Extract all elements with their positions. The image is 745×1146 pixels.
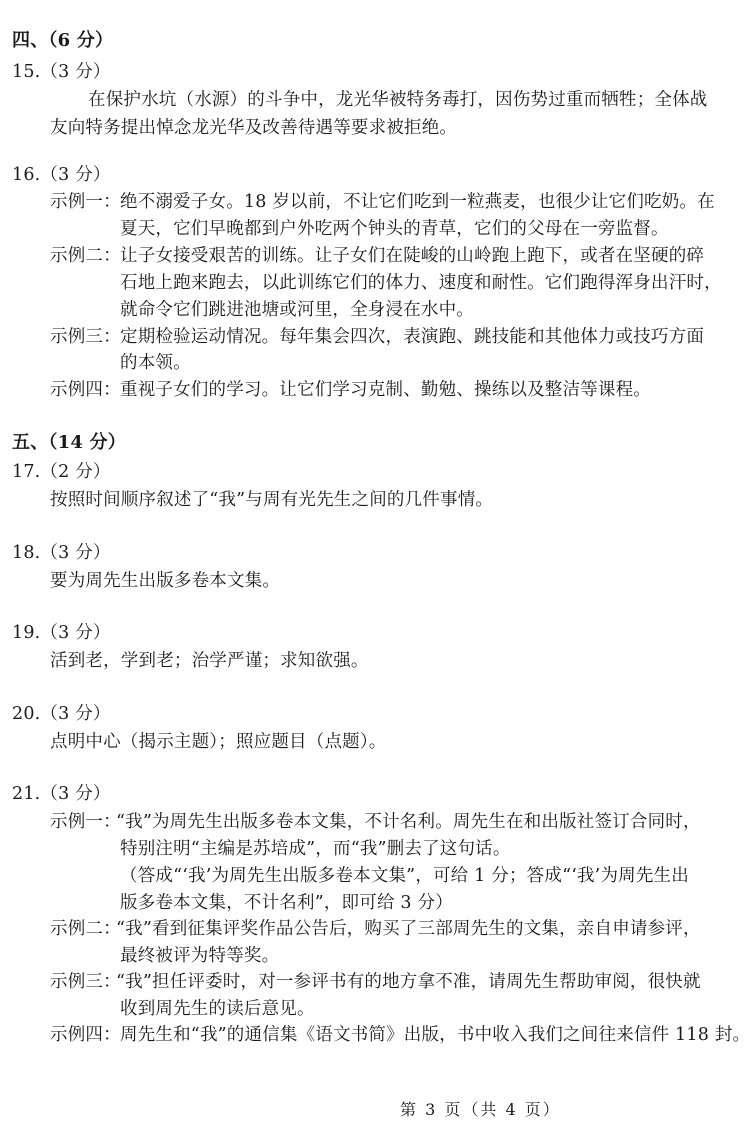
- question-16-example-4-line-1: 重视子女们的学习。让它们学习克制、勤勉、操练以及整洁等课程。: [120, 379, 651, 401]
- question-18-answer: 要为周先生出版多卷本文集。: [50, 570, 280, 592]
- question-21-example-1-line-2: 特别注明“主编是苏培成”，而“我”删去了这句话。: [120, 838, 511, 860]
- question-16-example-1-label: 示例一：: [50, 191, 121, 213]
- question-21-example-1-label: 示例一：: [50, 811, 121, 833]
- question-16-number: 16.（3 分）: [12, 164, 111, 186]
- question-16-example-2-line-1: 让子女接受艰苦的训练。让子女们在陡峻的山岭跑上跑下，或者在坚硬的碎: [120, 245, 704, 267]
- question-21-example-3-label: 示例三：: [50, 971, 121, 993]
- question-21-example-2-label: 示例二：: [50, 918, 121, 940]
- question-21-example-3-line-2: 收到周先生的读后意见。: [120, 998, 315, 1020]
- question-21-scoring-note-line-2: 版多卷本文集，不计名利”，即可给 3 分）: [120, 892, 453, 914]
- question-19-answer: 活到老，学到老；治学严谨；求知欲强。: [50, 650, 369, 672]
- question-21-example-4-label: 示例四：: [50, 1024, 121, 1046]
- section-heading-5: 五、（14 分）: [12, 432, 126, 454]
- question-19-number: 19.（3 分）: [12, 622, 111, 644]
- question-15-answer-line-2: 友向特务提出悼念龙光华及改善待遇等要求被拒绝。: [50, 117, 457, 139]
- question-15-number: 15.（3 分）: [12, 61, 111, 83]
- question-16-example-1-line-2: 夏天，它们早晚都到户外吃两个钟头的青草，它们的父母在一旁监督。: [120, 218, 669, 240]
- question-21-example-4-line-1: 周先生和“我”的通信集《语文书简》出版，书中收入我们之间往来信件 118 封。: [120, 1024, 745, 1046]
- question-16-example-3-label: 示例三：: [50, 326, 121, 348]
- question-15-answer-line-1: 在保护水坑（水源）的斗争中，龙光华被特务毒打，因伤势过重而牺牲；全体战: [88, 89, 708, 111]
- question-17-answer: 按照时间顺序叙述了“我”与周有光先生之间的几件事情。: [50, 489, 493, 511]
- question-18-number: 18.（3 分）: [12, 542, 111, 564]
- question-16-example-3-line-2: 的本领。: [120, 352, 191, 374]
- question-21-example-2-line-1: “我”看到征集评奖作品公告后，购买了三部周先生的文集，亲自申请参评，: [116, 918, 701, 940]
- question-21-example-1-line-1: “我”为周先生出版多卷本文集，不计名利。周先生在和出版社签订合同时，: [116, 811, 701, 833]
- question-21-number: 21.（3 分）: [12, 783, 111, 805]
- question-16-example-4-label: 示例四：: [50, 379, 121, 401]
- question-20-number: 20.（3 分）: [12, 703, 111, 725]
- question-16-example-2-label: 示例二：: [50, 245, 121, 267]
- question-16-example-1-line-1: 绝不溺爱子女。18 岁以前，不让它们吃到一粒燕麦，也很少让它们吃奶。在: [120, 191, 715, 213]
- question-17-number: 17.（2 分）: [12, 461, 111, 483]
- question-21-scoring-note-line-1: （答成“‘我’为周先生出版多卷本文集”，可给 1 分；答成“‘我’为周先生出: [120, 865, 689, 887]
- question-16-example-2-line-2: 石地上跑来跑去，以此训练它们的体力、速度和耐性。它们跑得浑身出汗时，: [120, 272, 722, 294]
- question-20-answer: 点明中心（揭示主题）；照应题目（点题）。: [50, 731, 387, 753]
- question-21-example-3-line-1: “我”担任评委时，对一参评书有的地方拿不准，请周先生帮助审阅，很快就: [116, 971, 701, 993]
- page-number-footer: 第 3 页（共 4 页）: [400, 1099, 561, 1121]
- question-21-example-2-line-2: 最终被评为特等奖。: [120, 945, 279, 967]
- question-16-example-2-line-3: 就命令它们跳进池塘或河里，全身浸在水中。: [120, 299, 474, 321]
- question-16-example-3-line-1: 定期检验运动情况。每年集会四次，表演跑、跳技能和其他体力或技巧方面: [120, 326, 704, 348]
- section-heading-4: 四、（6 分）: [12, 30, 113, 52]
